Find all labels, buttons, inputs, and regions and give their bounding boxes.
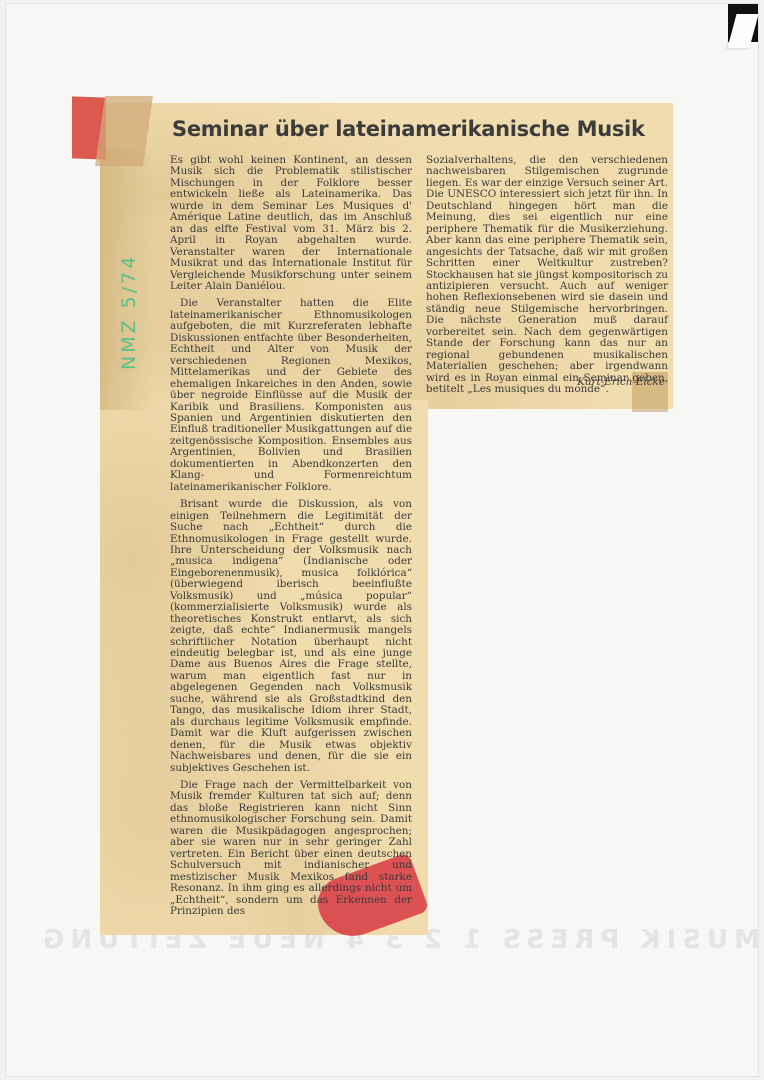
- handwritten-note: NMZ 5/74: [118, 200, 148, 370]
- author-signature: Kurt-Erich Eicke: [560, 376, 665, 388]
- paragraph: Es gibt wohl keinen Kontinent, an dessen…: [170, 155, 412, 292]
- paragraph: Sozialverhaltens, die den verschiedenen …: [426, 155, 668, 396]
- article-column-2: Sozialverhaltens, die den verschiedenen …: [426, 155, 668, 396]
- article-column-1: Es gibt wohl keinen Kontinent, an dessen…: [170, 155, 412, 917]
- paragraph: Die Veranstalter hatten die Elite latein…: [170, 298, 412, 493]
- paragraph: Die Frage nach der Vermittelbarkeit von …: [170, 780, 412, 917]
- adhesive-tape-tan: [95, 96, 153, 166]
- paragraph: Brisant wurde die Diskussion, als von ei…: [170, 499, 412, 774]
- article-headline: Seminar über lateinamerikanische Musik: [172, 117, 632, 141]
